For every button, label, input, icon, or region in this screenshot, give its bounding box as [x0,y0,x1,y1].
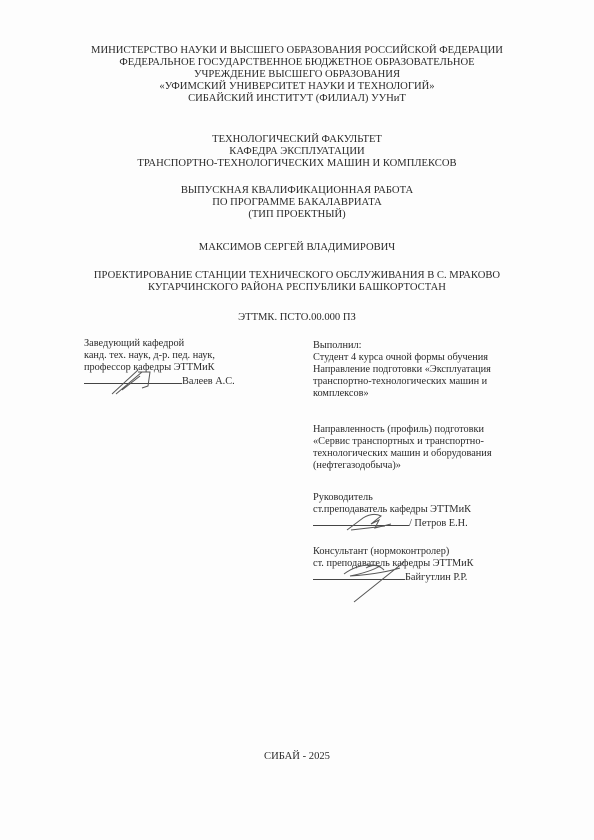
footer-text: СИБАЙ - 2025 [60,751,534,763]
header-line: УЧРЕЖДЕНИЕ ВЫСШЕГО ОБРАЗОВАНИЯ [60,69,534,81]
faculty-line: КАФЕДРА ЭКСПЛУАТАЦИИ [60,146,534,158]
faculty-line: ТРАНСПОРТНО-ТЕХНОЛОГИЧЕСКИХ МАШИН И КОМП… [60,158,534,170]
thesis-title: ПРОЕКТИРОВАНИЕ СТАНЦИИ ТЕХНИЧЕСКОГО ОБСЛ… [60,270,534,294]
profile-block: Направленность (профиль) подготовки «Сер… [313,424,492,472]
performer-line: Направление подготовки «Эксплуатация [313,364,491,376]
signature-line [84,374,182,384]
performer-line: Выполнил: [313,340,491,352]
supervisor-block: Руководитель ст.преподаватель кафедры ЭТ… [313,492,471,530]
head-line: канд. тех. наук, д-р. пед. наук, [84,350,235,362]
head-line: профессор кафедры ЭТТМиК [84,362,235,374]
profile-line: технологических машин и оборудования [313,448,492,460]
consultant-name: Байгутлин Р.Р. [405,572,467,583]
profile-line: (нефтегазодобыча)» [313,460,492,472]
title-page: МИНИСТЕРСТВО НАУКИ И ВЫСШЕГО ОБРАЗОВАНИЯ… [0,0,594,840]
title-line: КУГАРЧИНСКОГО РАЙОНА РЕСПУБЛИКИ БАШКОРТО… [60,282,534,294]
consultant-line: ст. преподаватель кафедры ЭТТМиК [313,558,474,570]
performer-line: транспортно-технологических машин и [313,376,491,388]
consultant-block: Консультант (нормоконтролер) ст. препода… [313,546,474,584]
head-name: Валеев А.С. [182,376,235,387]
faculty-line: ТЕХНОЛОГИЧЕСКИЙ ФАКУЛЬТЕТ [60,134,534,146]
work-type-block: ВЫПУСКНАЯ КВАЛИФИКАЦИОННАЯ РАБОТА ПО ПРО… [60,185,534,221]
head-line: Заведующий кафедрой [84,338,235,350]
ministry-header: МИНИСТЕРСТВО НАУКИ И ВЫСШЕГО ОБРАЗОВАНИЯ… [60,45,534,105]
signature-line [313,516,409,526]
city-year: СИБАЙ - 2025 [60,751,534,763]
performer-block: Выполнил: Студент 4 курса очной формы об… [313,340,491,400]
document-code: ЭТТМК. ПСТО.00.000 ПЗ [60,312,534,324]
work-type-line: (ТИП ПРОЕКТНЫЙ) [60,209,534,221]
author-text: МАКСИМОВ СЕРГЕЙ ВЛАДИМИРОВИЧ [60,242,534,254]
header-line: ФЕДЕРАЛЬНОЕ ГОСУДАРСТВЕННОЕ БЮДЖЕТНОЕ ОБ… [60,57,534,69]
supervisor-line: Руководитель [313,492,471,504]
supervisor-name: / Петров Е.Н. [409,518,468,529]
supervisor-line: ст.преподаватель кафедры ЭТТМиК [313,504,471,516]
work-type-line: ВЫПУСКНАЯ КВАЛИФИКАЦИОННАЯ РАБОТА [60,185,534,197]
signature-line [313,570,405,580]
consultant-line: Консультант (нормоконтролер) [313,546,474,558]
profile-line: «Сервис транспортных и транспортно- [313,436,492,448]
code-text: ЭТТМК. ПСТО.00.000 ПЗ [60,312,534,324]
faculty-block: ТЕХНОЛОГИЧЕСКИЙ ФАКУЛЬТЕТ КАФЕДРА ЭКСПЛУ… [60,134,534,170]
title-line: ПРОЕКТИРОВАНИЕ СТАНЦИИ ТЕХНИЧЕСКОГО ОБСЛ… [60,270,534,282]
work-type-line: ПО ПРОГРАММЕ БАКАЛАВРИАТА [60,197,534,209]
header-line: СИБАЙСКИЙ ИНСТИТУТ (ФИЛИАЛ) УУНиТ [60,93,534,105]
header-line: «УФИМСКИЙ УНИВЕРСИТЕТ НАУКИ И ТЕХНОЛОГИЙ… [60,81,534,93]
performer-line: комплексов» [313,388,491,400]
profile-line: Направленность (профиль) подготовки [313,424,492,436]
header-line: МИНИСТЕРСТВО НАУКИ И ВЫСШЕГО ОБРАЗОВАНИЯ… [60,45,534,57]
head-of-department-block: Заведующий кафедрой канд. тех. наук, д-р… [84,338,235,388]
author-name: МАКСИМОВ СЕРГЕЙ ВЛАДИМИРОВИЧ [60,242,534,254]
performer-line: Студент 4 курса очной формы обучения [313,352,491,364]
